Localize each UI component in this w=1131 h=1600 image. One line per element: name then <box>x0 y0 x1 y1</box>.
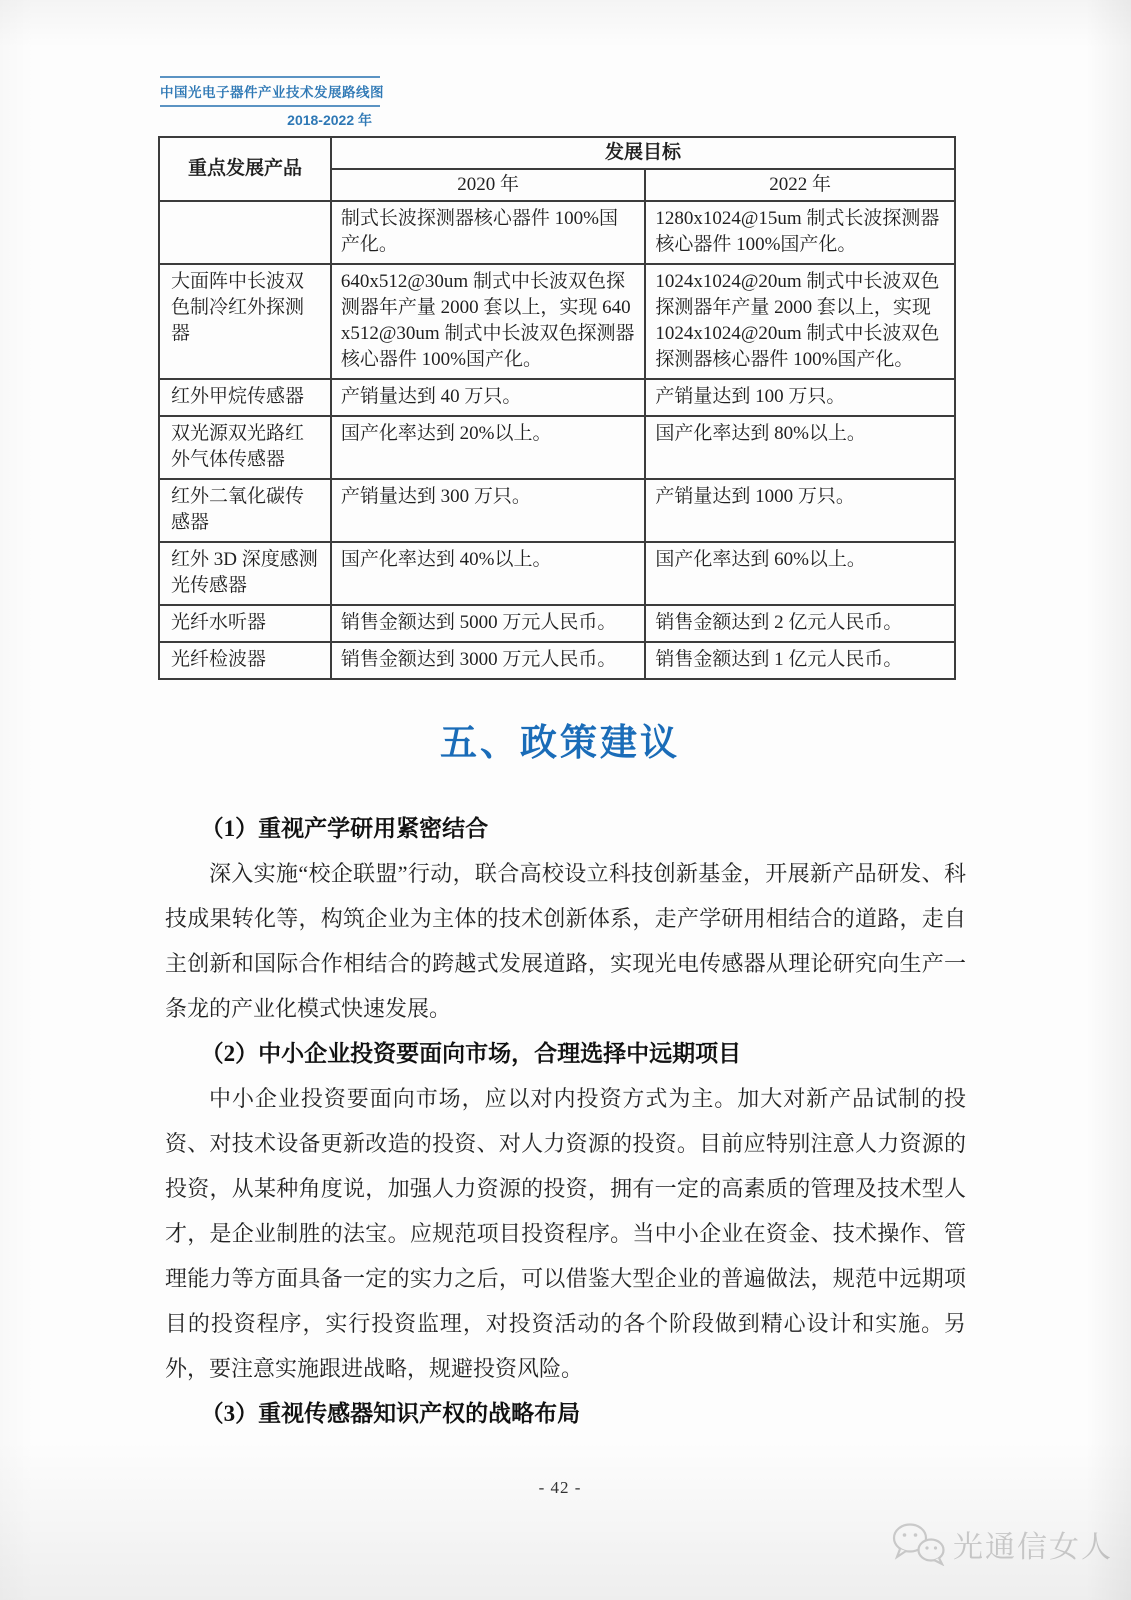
cell-2020: 销售金额达到 3000 万元人民币。 <box>331 642 645 679</box>
table-row: 光纤检波器 销售金额达到 3000 万元人民币。 销售金额达到 1 亿元人民币。 <box>159 642 955 679</box>
cell-2020: 产销量达到 300 万只。 <box>331 479 645 542</box>
table-row: 红外二氧化碳传感器 产销量达到 300 万只。 产销量达到 1000 万只。 <box>159 479 955 542</box>
cell-2022: 国产化率达到 80%以上。 <box>645 416 955 479</box>
cell-2022: 产销量达到 100 万只。 <box>645 379 955 416</box>
cell-2020: 国产化率达到 40%以上。 <box>331 542 645 605</box>
cell-product: 光纤检波器 <box>159 642 331 679</box>
cell-2020: 制式长波探测器核心器件 100%国产化。 <box>331 201 645 264</box>
cell-product: 双光源双光路红外气体传感器 <box>159 416 331 479</box>
table-row: 光纤水听器 销售金额达到 5000 万元人民币。 销售金额达到 2 亿元人民币。 <box>159 605 955 642</box>
subsection-heading-1: （1）重视产学研用紧密结合 <box>165 806 966 851</box>
report-logo: 中国光电子器件产业技术发展路线图 2018-2022 年 <box>160 76 380 130</box>
cell-2020: 640x512@30um 制式中长波双色探测器年产量 2000 套以上，实现 6… <box>331 264 645 379</box>
cell-product: 红外甲烷传感器 <box>159 379 331 416</box>
document-page: 中国光电子器件产业技术发展路线图 2018-2022 年 重点发展产品 发展目标… <box>0 0 1131 1600</box>
table-row: 双光源双光路红外气体传感器 国产化率达到 20%以上。 国产化率达到 80%以上… <box>159 416 955 479</box>
cell-2022: 1280x1024@15um 制式长波探测器核心器件 100%国产化。 <box>645 201 955 264</box>
report-logo-title: 中国光电子器件产业技术发展路线图 <box>160 76 380 107</box>
table-row: 大面阵中长波双色制冷红外探测器 640x512@30um 制式中长波双色探测器年… <box>159 264 955 379</box>
column-header-goal: 发展目标 <box>331 137 955 169</box>
subsection-body-2: 中小企业投资要面向市场，应以对内投资方式为主。加大对新产品试制的投资、对技术设备… <box>165 1076 966 1391</box>
development-goals-table: 重点发展产品 发展目标 2020 年 2022 年 制式长波探测器核心器件 10… <box>158 136 956 680</box>
column-header-product: 重点发展产品 <box>159 137 331 201</box>
policy-text-block: （1）重视产学研用紧密结合 深入实施“校企联盟”行动，联合高校设立科技创新基金，… <box>165 806 966 1436</box>
cell-product: 红外 3D 深度感测光传感器 <box>159 542 331 605</box>
cell-product: 光纤水听器 <box>159 605 331 642</box>
wechat-icon <box>891 1522 947 1566</box>
cell-2022: 销售金额达到 2 亿元人民币。 <box>645 605 955 642</box>
cell-product: 红外二氧化碳传感器 <box>159 479 331 542</box>
cell-2022: 1024x1024@20um 制式中长波双色探测器年产量 2000 套以上，实现… <box>645 264 955 379</box>
cell-2022: 销售金额达到 1 亿元人民币。 <box>645 642 955 679</box>
column-header-2022: 2022 年 <box>645 169 955 201</box>
subsection-heading-3: （3）重视传感器知识产权的战略布局 <box>165 1391 966 1436</box>
table-header-row: 重点发展产品 发展目标 <box>159 137 955 169</box>
page-number: - 42 - <box>160 1478 960 1498</box>
subsection-body-1: 深入实施“校企联盟”行动，联合高校设立科技创新基金，开展新产品研发、科技成果转化… <box>165 851 966 1031</box>
table-row: 红外甲烷传感器 产销量达到 40 万只。 产销量达到 100 万只。 <box>159 379 955 416</box>
subsection-heading-2: （2）中小企业投资要面向市场，合理选择中远期项目 <box>165 1031 966 1076</box>
watermark: 光通信女人 <box>891 1522 1113 1566</box>
cell-product: 大面阵中长波双色制冷红外探测器 <box>159 264 331 379</box>
cell-2022: 产销量达到 1000 万只。 <box>645 479 955 542</box>
table-row: 红外 3D 深度感测光传感器 国产化率达到 40%以上。 国产化率达到 60%以… <box>159 542 955 605</box>
cell-2020: 销售金额达到 5000 万元人民币。 <box>331 605 645 642</box>
cell-product <box>159 201 331 264</box>
column-header-2020: 2020 年 <box>331 169 645 201</box>
cell-2020: 产销量达到 40 万只。 <box>331 379 645 416</box>
cell-2022: 国产化率达到 60%以上。 <box>645 542 955 605</box>
chapter-title: 五、政策建议 <box>160 712 960 766</box>
table-row: 制式长波探测器核心器件 100%国产化。 1280x1024@15um 制式长波… <box>159 201 955 264</box>
cell-2020: 国产化率达到 20%以上。 <box>331 416 645 479</box>
report-logo-years: 2018-2022 年 <box>160 107 380 130</box>
watermark-label: 光通信女人 <box>953 1522 1113 1566</box>
